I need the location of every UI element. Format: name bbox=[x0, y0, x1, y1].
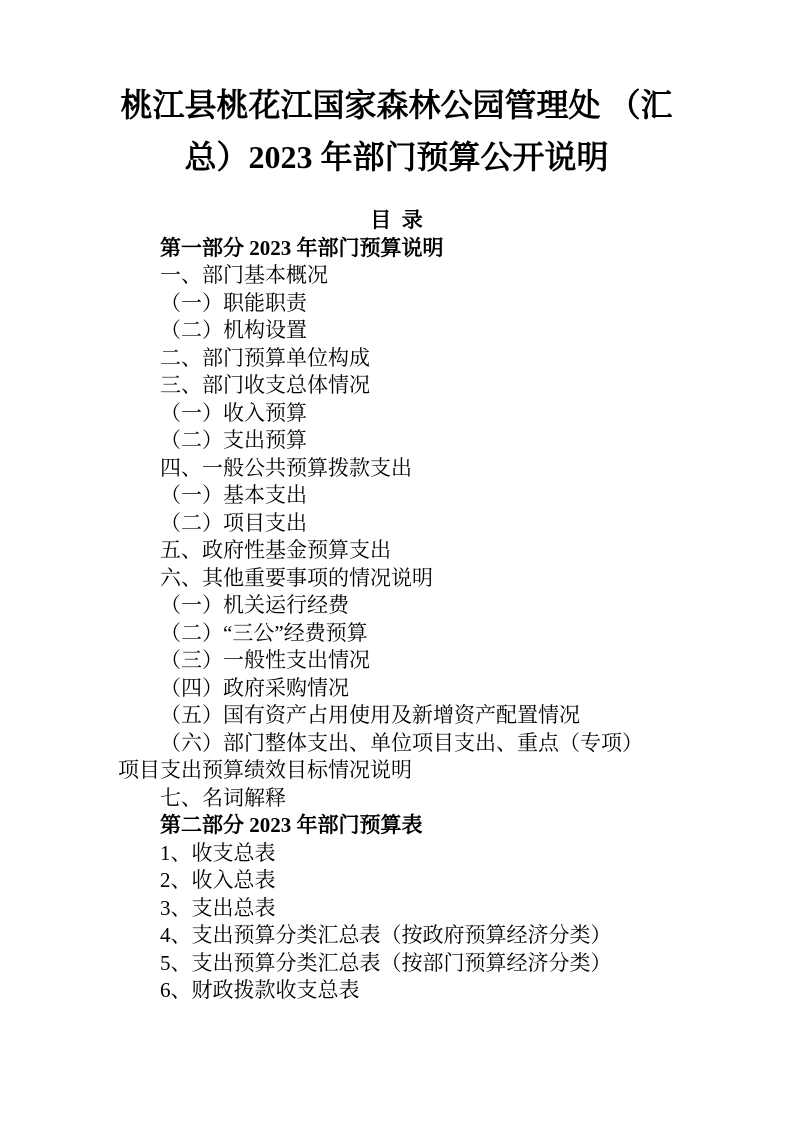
toc-entry: （一）基本支出 bbox=[118, 482, 675, 510]
toc-entry: 六、其他重要事项的情况说明 bbox=[118, 565, 675, 593]
toc-entry: （一）机关运行经费 bbox=[118, 592, 675, 620]
toc-entry: 5、支出预算分类汇总表（按部门预算经济分类） bbox=[118, 950, 675, 978]
toc-entry: （二）机构设置 bbox=[118, 317, 675, 345]
toc-entry: 第二部分 2023 年部门预算表 bbox=[118, 812, 675, 840]
toc-entry: （二）“三公”经费预算 bbox=[118, 620, 675, 648]
toc-entry: （四）政府采购情况 bbox=[118, 675, 675, 703]
document-title-line-2: 总）2023 年部门预算公开说明 bbox=[118, 131, 675, 183]
toc-entry: 一、部门基本概况 bbox=[118, 262, 675, 290]
toc-entry: 6、财政拨款收支总表 bbox=[118, 977, 675, 1005]
toc-entry: 五、政府性基金预算支出 bbox=[118, 537, 675, 565]
toc-entry: （五）国有资产占用使用及新增资产配置情况 bbox=[118, 702, 675, 730]
toc-entry: （二）项目支出 bbox=[118, 510, 675, 538]
toc-entry: 2、收入总表 bbox=[118, 867, 675, 895]
toc-entry: 三、部门收支总体情况 bbox=[118, 372, 675, 400]
document-title-line-1: 桃江县桃花江国家森林公园管理处 （汇 bbox=[118, 79, 675, 131]
document-title: 桃江县桃花江国家森林公园管理处 （汇 总）2023 年部门预算公开说明 bbox=[118, 79, 675, 183]
toc-entry: 1、收支总表 bbox=[118, 840, 675, 868]
toc-heading: 目 录 bbox=[118, 207, 675, 235]
toc-entry: 四、一般公共预算拨款支出 bbox=[118, 455, 675, 483]
toc-entry: （六）部门整体支出、单位项目支出、重点（专项） 项目支出预算绩效目标情况说明 bbox=[118, 730, 675, 785]
toc-entry: （三）一般性支出情况 bbox=[118, 647, 675, 675]
toc-list: 第一部分 2023 年部门预算说明一、部门基本概况（一）职能职责（二）机构设置二… bbox=[118, 235, 675, 1005]
toc-entry: 4、支出预算分类汇总表（按政府预算经济分类） bbox=[118, 922, 675, 950]
toc-entry: 二、部门预算单位构成 bbox=[118, 345, 675, 373]
toc-entry: （一）职能职责 bbox=[118, 290, 675, 318]
toc-entry: （一）收入预算 bbox=[118, 400, 675, 428]
toc-entry: 七、名词解释 bbox=[118, 785, 675, 813]
document-page: 桃江县桃花江国家森林公园管理处 （汇 总）2023 年部门预算公开说明 目 录 … bbox=[0, 0, 793, 1122]
toc-entry: （二）支出预算 bbox=[118, 427, 675, 455]
toc-entry: 第一部分 2023 年部门预算说明 bbox=[118, 235, 675, 263]
toc-entry: 3、支出总表 bbox=[118, 895, 675, 923]
